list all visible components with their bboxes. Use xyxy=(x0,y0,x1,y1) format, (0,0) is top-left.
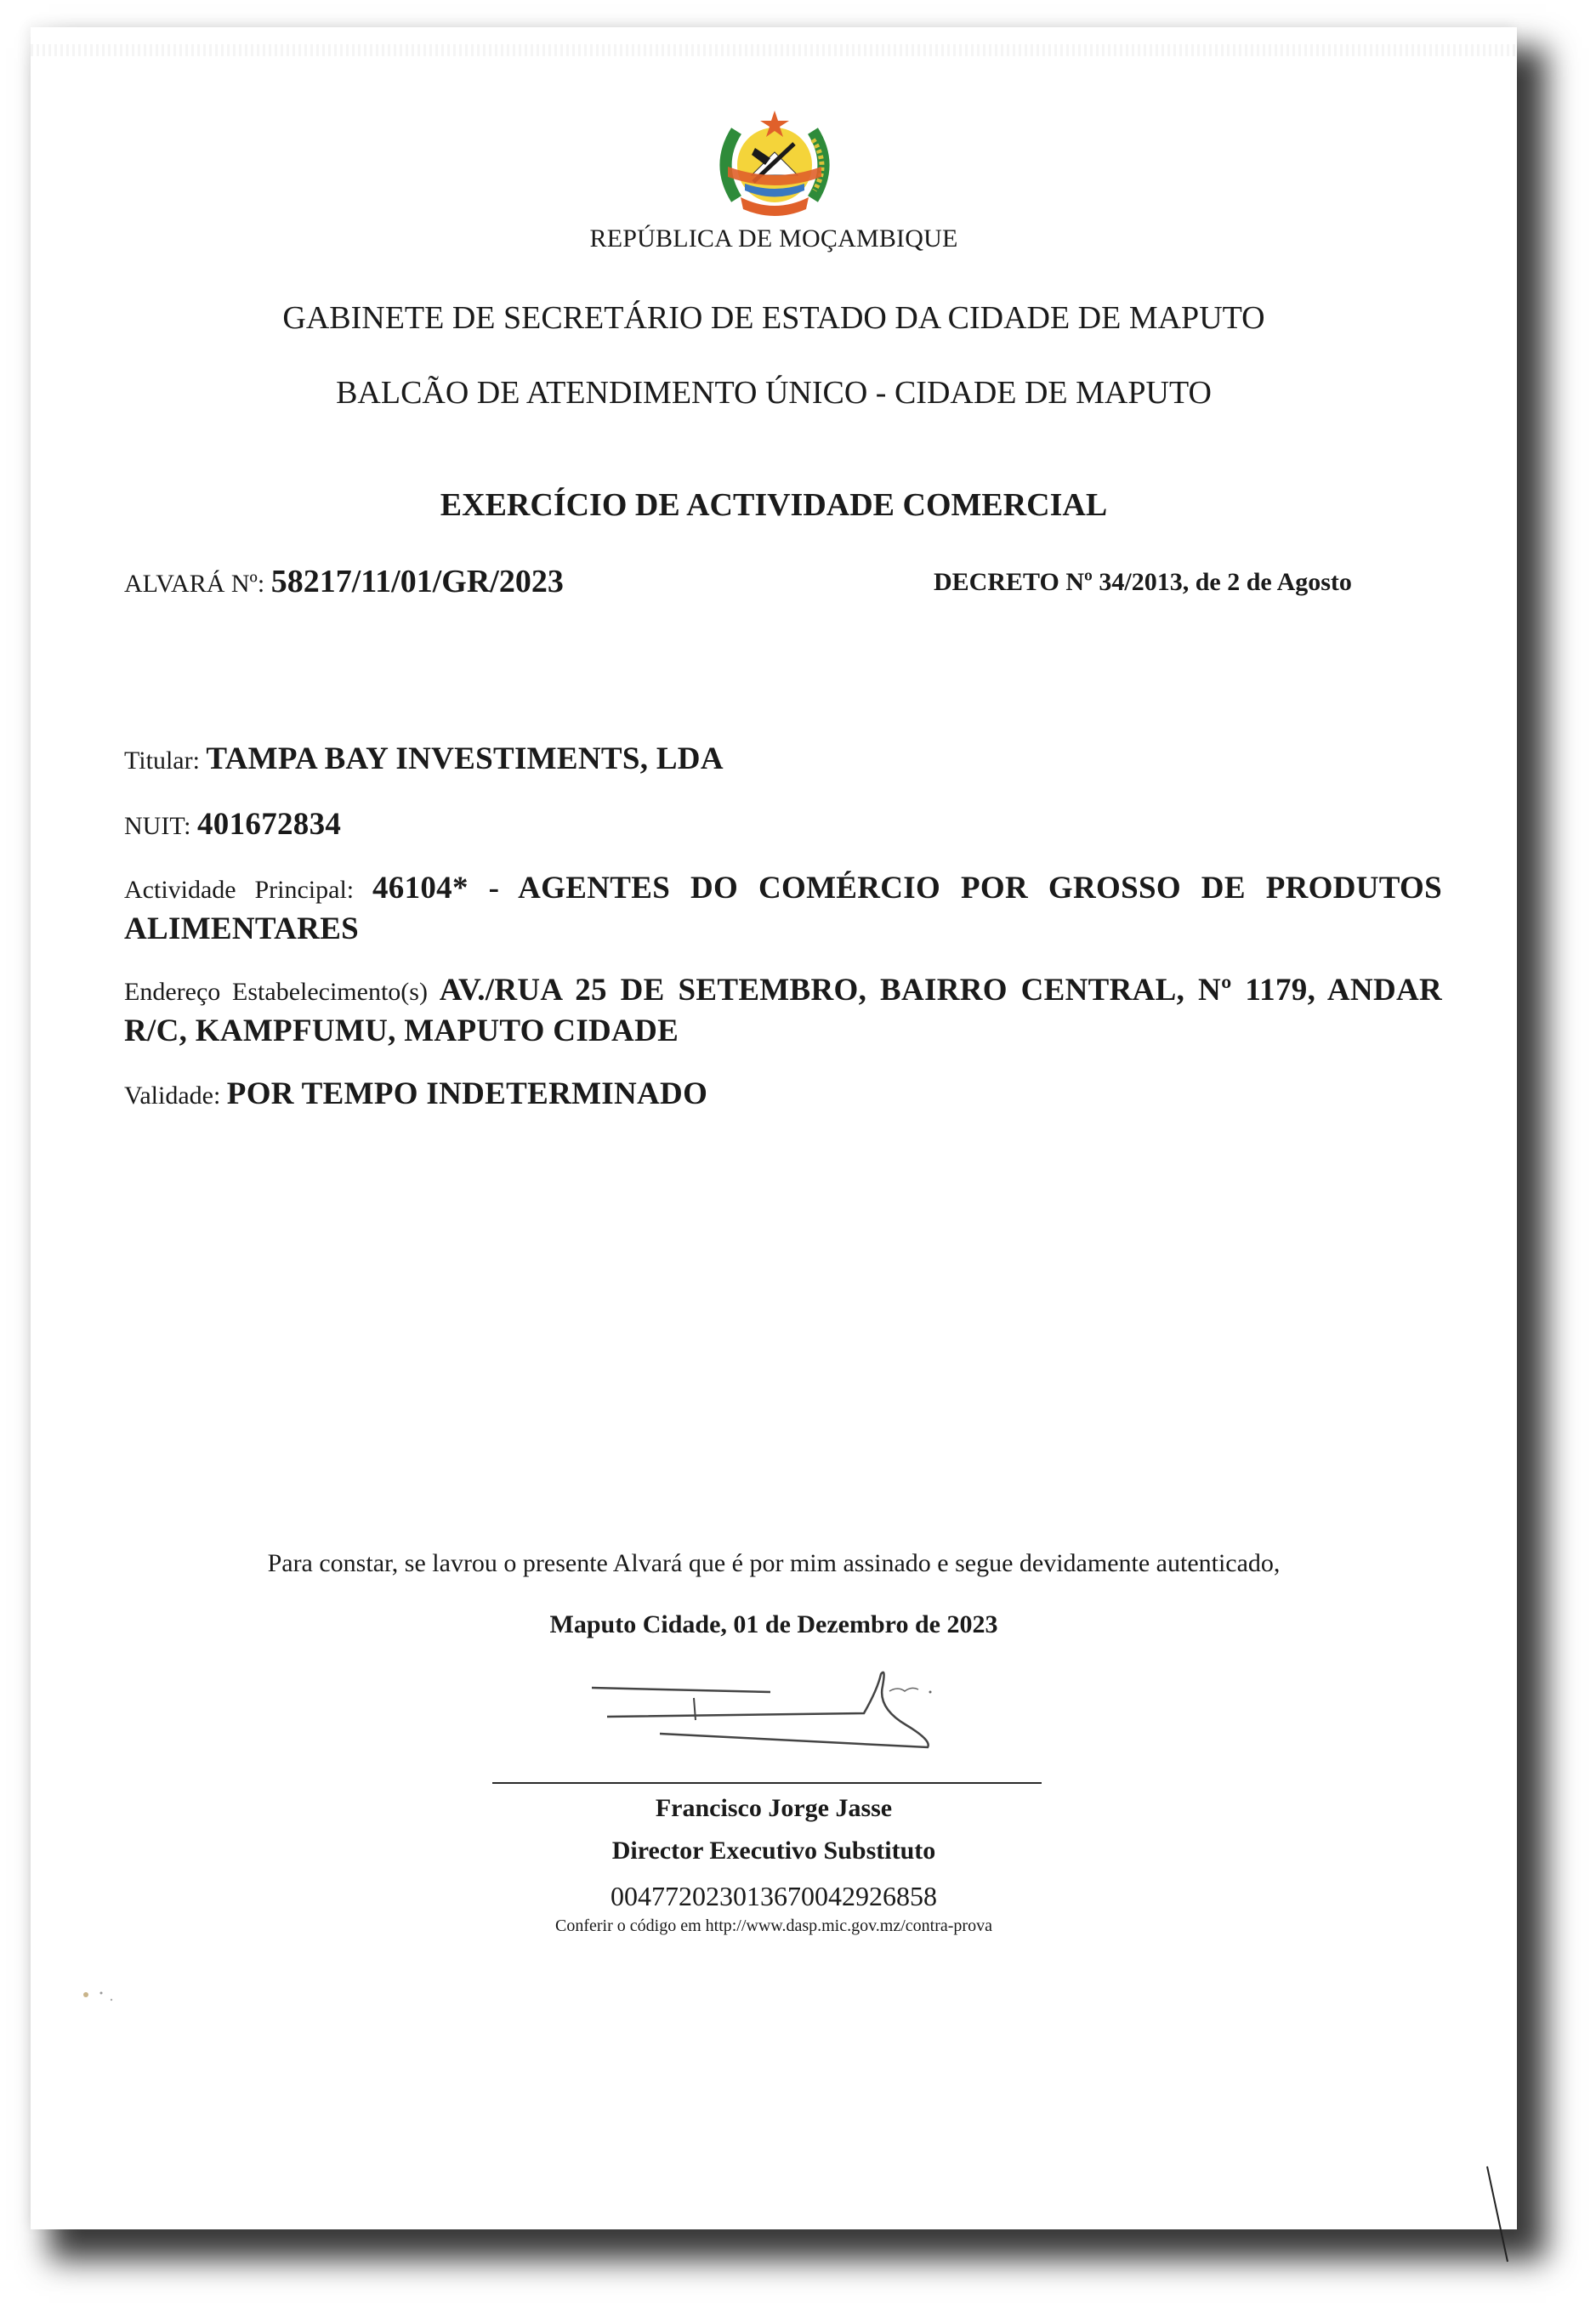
field-value: TAMPA BAY INVESTIMENTS, LDA xyxy=(206,741,723,776)
field-label: Titular: xyxy=(124,747,206,775)
license-document-page: REPÚBLICA DE MOÇAMBIQUE GABINETE DE SECR… xyxy=(31,27,1517,2229)
decree-reference: DECRETO Nº 34/2013, de 2 de Agosto xyxy=(934,568,1352,597)
verification-code: 004772023013670042926858 xyxy=(31,1881,1517,1912)
alvara-label: ALVARÁ Nº: xyxy=(124,570,271,598)
field-endereco: Endereço Estabelecimento(s) AV./RUA 25 D… xyxy=(124,971,1442,1053)
field-value: POR TEMPO INDETERMINADO xyxy=(227,1076,707,1111)
scan-noise-strip xyxy=(31,44,1517,56)
mozambique-coat-of-arms-icon xyxy=(711,105,838,224)
signature-line xyxy=(492,1782,1042,1784)
alvara-number: ALVARÁ Nº: 58217/11/01/GR/2023 xyxy=(124,563,564,600)
field-validade: Validade: POR TEMPO INDETERMINADO xyxy=(124,1075,1442,1116)
verification-note: Conferir o código em http://www.dasp.mic… xyxy=(31,1916,1517,1936)
service-desk-name: BALCÃO DE ATENDIMENTO ÚNICO - CIDADE DE … xyxy=(31,374,1517,412)
place-and-date: Maputo Cidade, 01 de Dezembro de 2023 xyxy=(31,1610,1517,1639)
scan-stray-line xyxy=(1480,2161,1514,2263)
field-label: NUIT: xyxy=(124,812,197,840)
scan-specks xyxy=(77,1983,128,2008)
field-value: 401672834 xyxy=(197,807,341,842)
field-nuit: NUIT: 401672834 xyxy=(124,805,1442,846)
signer-title: Director Executivo Substituto xyxy=(31,1837,1517,1865)
field-label: Endereço Estabelecimento(s) xyxy=(124,978,440,1006)
field-label: Actividade Principal: xyxy=(124,876,372,904)
signer-name: Francisco Jorge Jasse xyxy=(31,1794,1517,1823)
republic-name: REPÚBLICA DE MOÇAMBIQUE xyxy=(31,224,1517,253)
field-titular: Titular: TAMPA BAY INVESTIMENTS, LDA xyxy=(124,740,1442,781)
field-actividade-principal: Actividade Principal: 46104* - AGENTES D… xyxy=(124,869,1442,951)
field-label: Validade: xyxy=(124,1082,227,1110)
attestation-statement: Para constar, se lavrou o presente Alvar… xyxy=(31,1549,1517,1578)
office-name: GABINETE DE SECRETÁRIO DE ESTADO DA CIDA… xyxy=(31,299,1517,337)
alvara-value: 58217/11/01/GR/2023 xyxy=(271,564,564,599)
document-title: EXERCÍCIO DE ACTIVIDADE COMERCIAL xyxy=(31,486,1517,524)
handwritten-signature-icon xyxy=(592,1664,983,1757)
